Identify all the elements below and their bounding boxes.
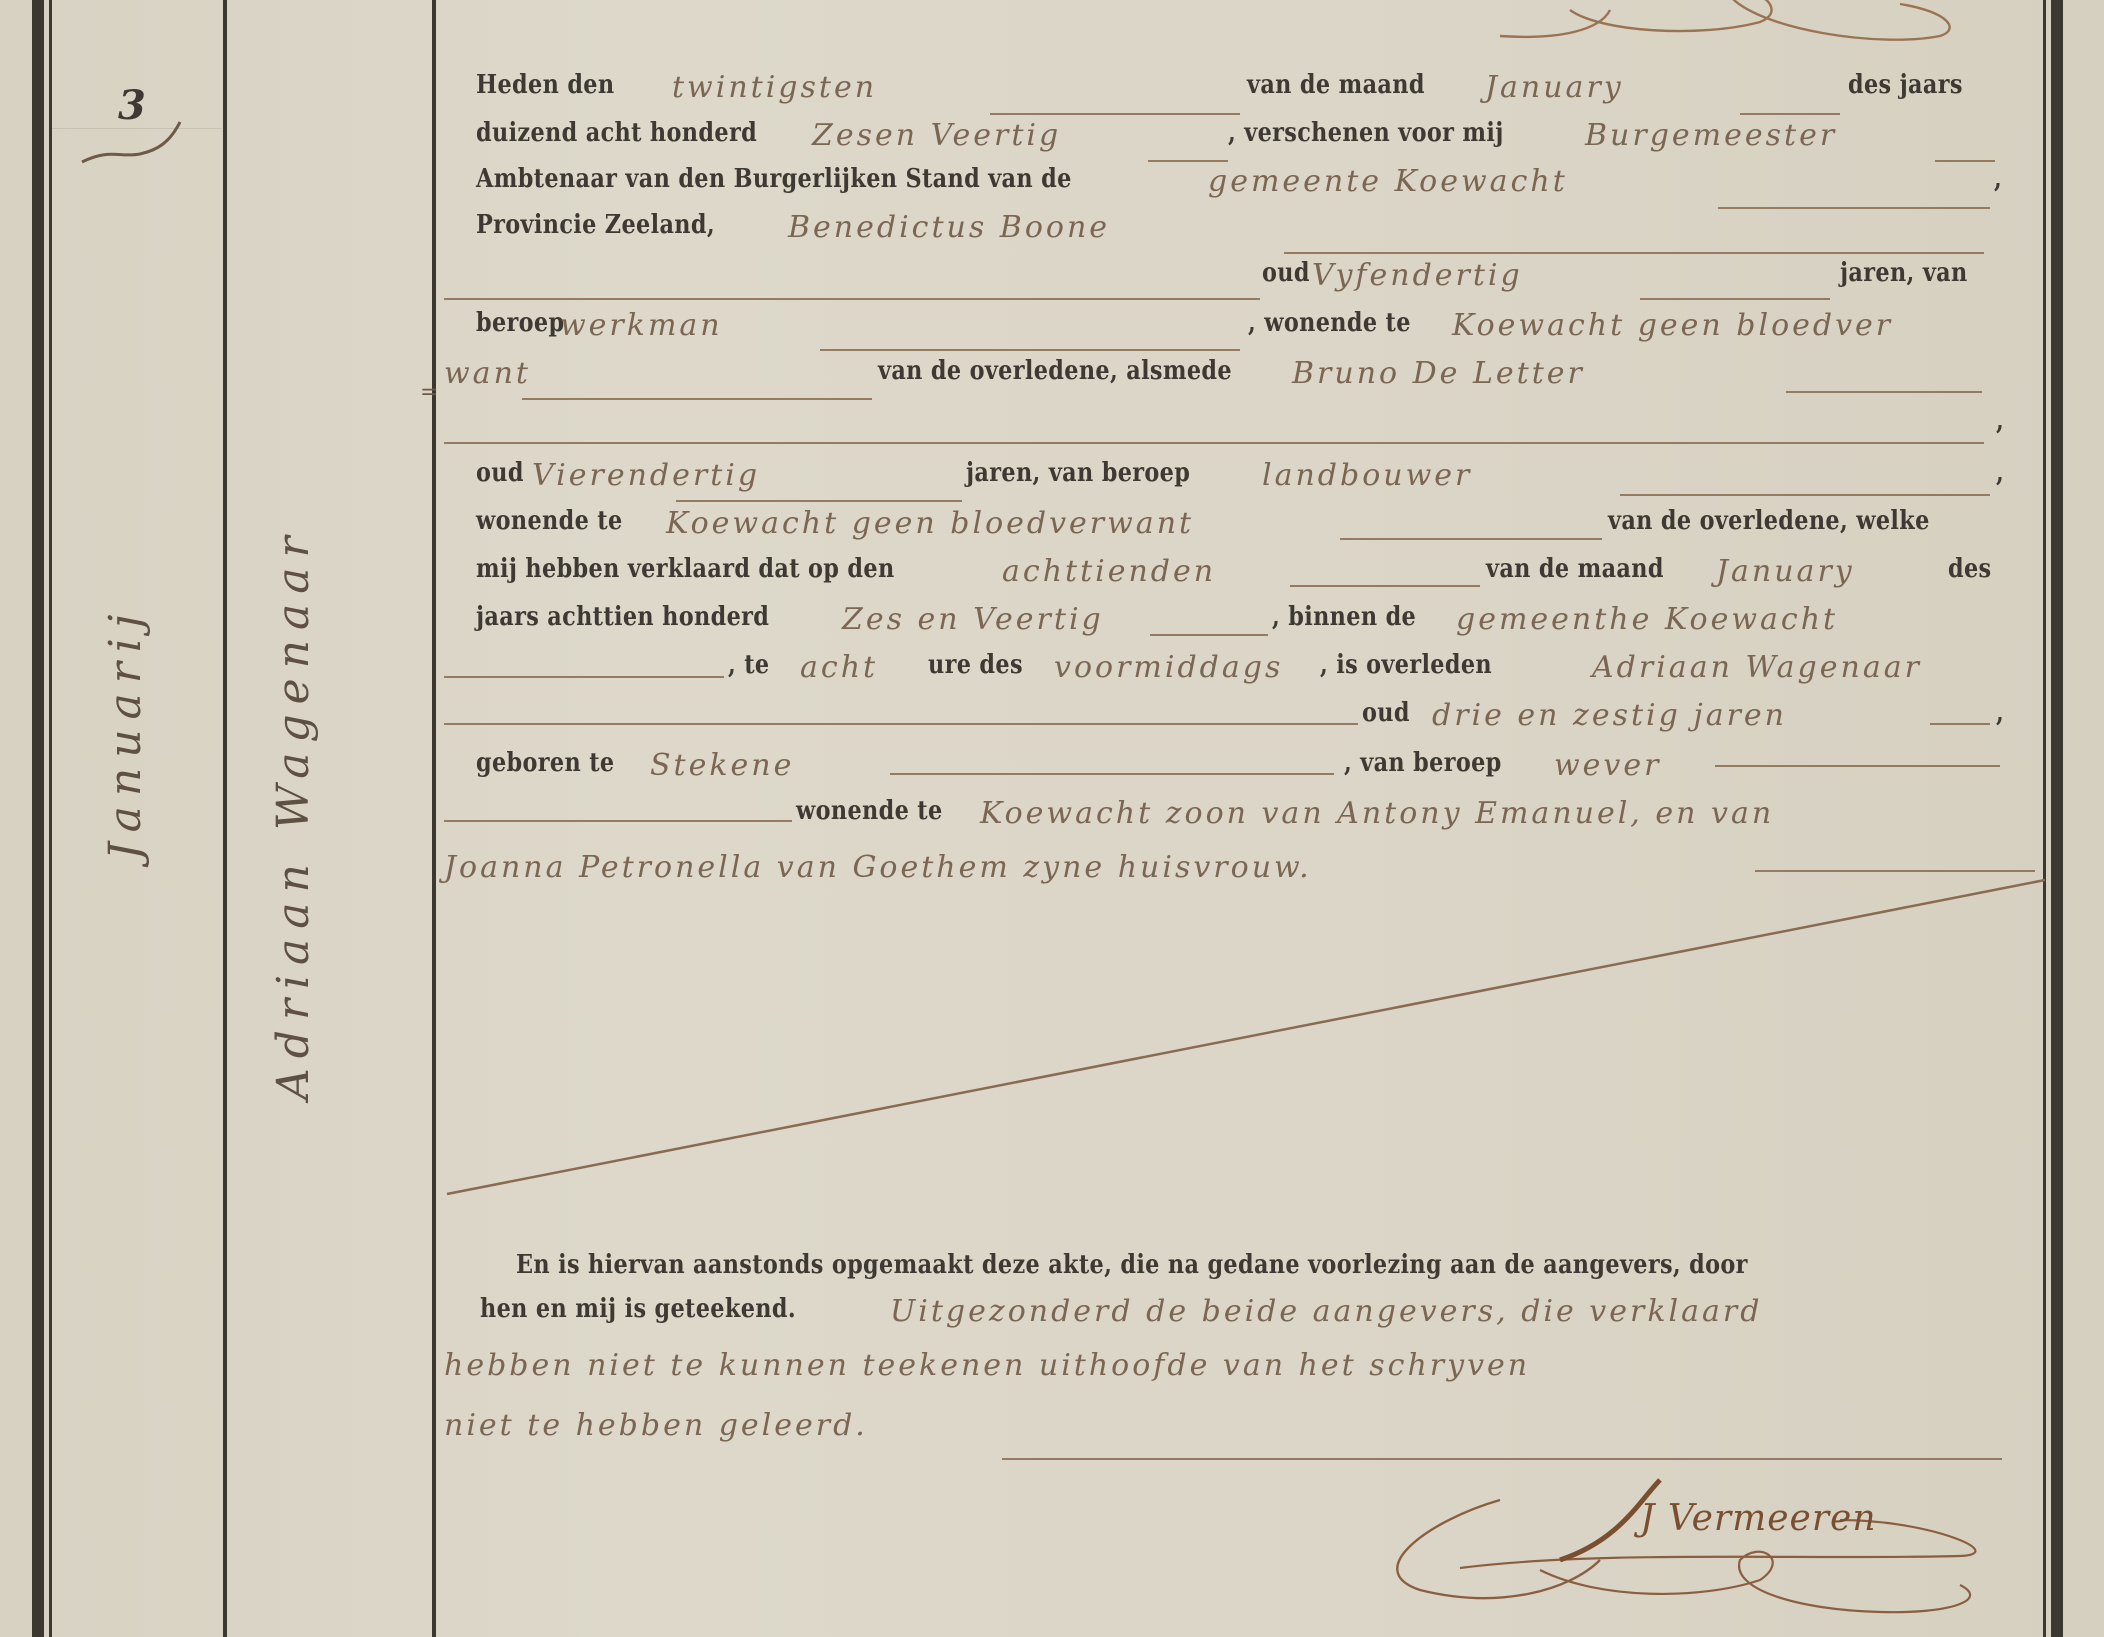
handwritten-entry: Vyfendertig bbox=[1312, 258, 1523, 293]
margin-column-divider bbox=[223, 0, 227, 1637]
printed-form-text: Ambtenaar van den Burgerlijken Stand van… bbox=[476, 164, 1072, 194]
printed-form-text: , is overleden bbox=[1320, 650, 1492, 680]
printed-form-text: , verschenen voor mij bbox=[1228, 118, 1504, 148]
printed-form-text: wonende te bbox=[476, 506, 623, 536]
right-thin-border bbox=[2043, 0, 2046, 1637]
handwritten-entry: Burgemeester bbox=[1585, 118, 1837, 153]
official-signature: J Vermeeren bbox=[1640, 1498, 1877, 1539]
continuation-mark: = bbox=[420, 380, 438, 405]
printed-form-text: van de maand bbox=[1486, 554, 1664, 584]
margin-month-vertical: Januarij bbox=[100, 604, 151, 860]
blank-rule bbox=[890, 773, 1334, 775]
blank-rule bbox=[444, 676, 724, 678]
printed-form-text: , te bbox=[728, 650, 770, 680]
printed-form-text: wonende te bbox=[796, 796, 943, 826]
printed-form-text: , bbox=[1994, 164, 2002, 194]
blank-rule bbox=[1715, 765, 2000, 767]
blank-rule bbox=[1002, 1458, 2002, 1460]
handwritten-entry: Joanna Petronella van Goethem zyne huisv… bbox=[444, 850, 1312, 885]
blank-rule bbox=[1284, 252, 1984, 254]
handwritten-entry: landbouwer bbox=[1262, 458, 1472, 493]
printed-form-text: jaars achttien honderd bbox=[476, 602, 769, 632]
right-thick-border bbox=[2051, 0, 2063, 1637]
handwritten-entry: gemeente Koewacht bbox=[1208, 164, 1568, 199]
handwritten-entry: werkman bbox=[560, 308, 723, 343]
printed-form-text: , wonende te bbox=[1248, 308, 1411, 338]
handwritten-entry: gemeenthe Koewacht bbox=[1456, 602, 1838, 637]
handwritten-entry: voormiddags bbox=[1054, 650, 1283, 685]
printed-form-text: oud bbox=[1362, 698, 1410, 728]
blank-rule bbox=[1755, 870, 2035, 872]
blank-rule bbox=[1935, 160, 1995, 162]
handwritten-entry: hebben niet te kunnen teekenen uithoofde… bbox=[444, 1348, 1530, 1383]
handwritten-entry: January bbox=[1716, 554, 1855, 589]
handwritten-entry: Koewacht geen bloedverwant bbox=[666, 506, 1194, 541]
handwritten-entry: Vierendertig bbox=[532, 458, 760, 493]
blank-rule bbox=[1640, 298, 1830, 300]
printed-form-text: van de overledene, welke bbox=[1608, 506, 1930, 536]
blank-rule bbox=[1150, 634, 1268, 636]
handwritten-entry: Zes en Veertig bbox=[842, 602, 1104, 637]
printed-form-text: van de maand bbox=[1247, 70, 1425, 100]
printed-form-text: des jaars bbox=[1848, 70, 1963, 100]
blank-rule bbox=[990, 113, 1240, 115]
printed-form-text: , bbox=[1996, 698, 2004, 728]
blank-rule bbox=[1718, 207, 1990, 209]
handwritten-entry: Koewacht geen bloedver bbox=[1452, 308, 1893, 343]
blank-rule bbox=[444, 820, 792, 822]
blank-rule bbox=[1740, 113, 1840, 115]
blank-rule bbox=[1786, 391, 1982, 393]
blank-rule bbox=[1620, 494, 1990, 496]
handwritten-entry: wever bbox=[1554, 748, 1661, 783]
handwritten-entry: Adriaan Wagenaar bbox=[1592, 650, 1922, 685]
blank-rule bbox=[676, 500, 962, 502]
blank-rule bbox=[1340, 538, 1602, 540]
left-thin-border bbox=[49, 0, 52, 1637]
blank-rule bbox=[444, 298, 1260, 300]
left-thick-border bbox=[32, 0, 44, 1637]
printed-form-text: duizend acht honderd bbox=[476, 118, 757, 148]
blank-rule bbox=[444, 723, 1358, 725]
printed-form-text: van de overledene, alsmede bbox=[878, 356, 1232, 386]
handwritten-entry: drie en zestig jaren bbox=[1432, 698, 1787, 733]
printed-form-text: jaren, van beroep bbox=[966, 458, 1190, 488]
printed-form-text: En is hiervan aanstonds opgemaakt deze a… bbox=[516, 1250, 1748, 1280]
printed-form-text: hen en mij is geteekend. bbox=[480, 1294, 796, 1324]
handwritten-entry: Zesen Veertig bbox=[812, 118, 1061, 153]
blank-rule bbox=[1290, 585, 1480, 587]
printed-form-text: des bbox=[1948, 554, 1991, 584]
printed-form-text: oud bbox=[476, 458, 524, 488]
printed-form-text: , binnen de bbox=[1272, 602, 1416, 632]
printed-form-text: , bbox=[1996, 458, 2004, 488]
printed-form-text: oud bbox=[1262, 258, 1310, 288]
blank-rule bbox=[1148, 160, 1228, 162]
printed-form-text: mij hebben verklaard dat op den bbox=[476, 554, 895, 584]
death-record-page: 3 Januarij Adriaan Wagenaar = Heden dent bbox=[0, 0, 2104, 1637]
handwritten-entry: achttienden bbox=[1002, 554, 1216, 589]
blank-rule bbox=[820, 349, 1240, 351]
blank-rule bbox=[522, 398, 872, 400]
printed-form-text: Provincie Zeeland, bbox=[476, 210, 715, 240]
handwritten-entry: Koewacht zoon van Antony Emanuel, en van bbox=[980, 796, 1774, 831]
text-column-divider bbox=[432, 0, 436, 1637]
handwritten-entry: acht bbox=[800, 650, 878, 685]
printed-form-text: geboren te bbox=[476, 748, 614, 778]
margin-name-vertical: Adriaan Wagenaar bbox=[268, 526, 319, 1100]
handwritten-entry: want bbox=[444, 356, 531, 391]
handwritten-entry: twintigsten bbox=[672, 70, 877, 105]
printed-form-text: Heden den bbox=[476, 70, 614, 100]
printed-form-text: ure des bbox=[928, 650, 1023, 680]
record-number: 3 bbox=[118, 82, 146, 129]
printed-form-text: jaren, van bbox=[1840, 258, 1968, 288]
handwritten-entry: Benedictus Boone bbox=[788, 210, 1110, 245]
printed-form-text: , bbox=[1996, 406, 2004, 436]
handwritten-entry: January bbox=[1485, 70, 1624, 105]
handwritten-entry: Bruno De Letter bbox=[1292, 356, 1585, 391]
blank-rule bbox=[1930, 723, 1990, 725]
handwritten-entry: Stekene bbox=[650, 748, 794, 783]
blank-rule bbox=[444, 442, 1984, 444]
handwritten-entry: Uitgezonderd de beide aangevers, die ver… bbox=[890, 1294, 1762, 1329]
printed-form-text: , van beroep bbox=[1344, 748, 1502, 778]
printed-form-text: beroep bbox=[476, 308, 564, 338]
handwritten-entry: niet te hebben geleerd. bbox=[444, 1408, 868, 1443]
